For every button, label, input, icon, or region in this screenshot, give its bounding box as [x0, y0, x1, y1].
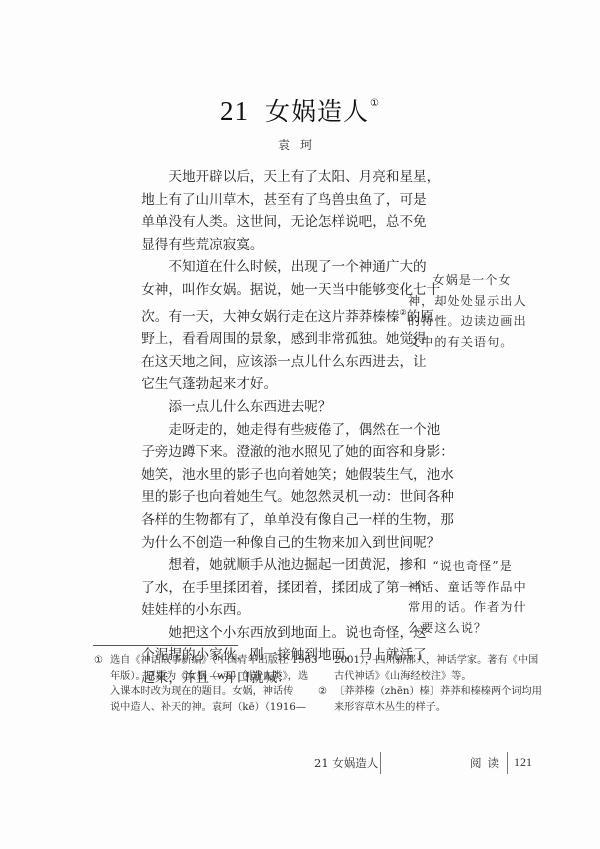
footnote-line: ①选自《神话故事新编》（中国青年出版社 1963: [94, 653, 309, 669]
footnote-line: 说中造人、补天的神。袁珂（kē）（1916—: [94, 700, 309, 716]
text-segment: 〔莽莽榛（zhēn）榛〕莽莽和榛榛两个词均用: [334, 686, 542, 697]
text-line: 走呀走的，她走得有些疲倦了，偶然在一个池: [114, 419, 402, 442]
text-line: 里的影子也向着她生气。她忽然灵机一动：世间各种: [114, 486, 402, 509]
note-line: 的特性。边读边画出: [408, 311, 520, 332]
text-line: 它生气蓬勃起来才好。: [114, 373, 402, 396]
paragraph: 想着，她就顺手从池边掘起一团黄泥，掺和 了水，在手里揉团着，揉团着，揉团成了第一…: [114, 554, 402, 622]
note-line: 神，却处处显示出人: [408, 291, 520, 312]
footnote-line: ②〔莽莽榛（zhēn）榛〕莽莽和榛榛两个词均用: [318, 684, 533, 700]
text-segment: 次。有一天，大神女娲行走在这片莽莽榛榛: [141, 309, 399, 325]
paragraph: 天地开辟以后，天上有了太阳、月亮和星星， 地上有了山川草木，甚至有了鸟兽虫鱼了，…: [114, 166, 402, 256]
lesson-number: 21: [220, 96, 249, 126]
text-line: 天地开辟以后，天上有了太阳、月亮和星星，: [114, 166, 402, 189]
text-line: 地上有了山川草木，甚至有了鸟兽虫鱼了，可是: [114, 189, 402, 212]
paragraph: 不知道在什么时候，出现了一个神通广大的 女神，叫作女娲。据说，她一天当中能够变化…: [114, 256, 402, 396]
text-line: 不知道在什么时候，出现了一个神通广大的: [114, 256, 402, 279]
text-line: 野上，看看周围的景象，感到非常孤独。她觉得: [114, 328, 402, 351]
text-line: 次。有一天，大神女娲行走在这片莽莽榛榛②的原: [114, 302, 402, 329]
footnote-mark-2-label: ②: [318, 684, 334, 700]
main-text: 天地开辟以后，天上有了太阳、月亮和星星， 地上有了山川草木，甚至有了鸟兽虫鱼了，…: [114, 166, 402, 690]
footer-section-label: 阅读: [470, 755, 505, 771]
text-line: 显得有些荒凉寂寞。: [114, 234, 402, 257]
note-line: 女娲是一个女: [408, 270, 520, 291]
text-line: 她把这个小东西放到地面上。说也奇怪，这: [114, 622, 402, 645]
lesson-title: 21女娲造人①: [0, 92, 600, 128]
text-line: 女神，叫作女娲。据说，她一天当中能够变化七十: [114, 279, 402, 302]
lesson-title-text: 女娲造人: [265, 97, 369, 126]
footnote-1: ①选自《神话故事新编》（中国青年出版社 1963 年版）。原题为《女娲（wā）创…: [94, 653, 309, 715]
text-segment: 选自《神话故事新编》（中国青年出版社 1963: [110, 655, 317, 666]
footnote-line: 入课本时改为现在的题目。女娲，神话传: [94, 684, 309, 700]
text-line: 了水，在手里揉团着，揉团着，揉团成了第一个: [114, 577, 402, 600]
footer-divider: [507, 752, 508, 774]
note-line: 常用的话。作者为什: [408, 597, 520, 618]
side-note-strange-phrase: “说也奇怪”是 神话、童话等作品中 常用的话。作者为什 么要这么说？: [408, 556, 520, 638]
text-line: 她笑，池水里的影子也向着她笑；她假装生气，池水: [114, 464, 402, 487]
footer-divider: [380, 752, 381, 774]
text-line: 子旁边蹲下来。澄澈的池水照见了她的面容和身影：: [114, 441, 402, 464]
footnote-1-continued-and-2: 2001），四川新都人，神话学家。著有《中国 古代神话》《山海经校注》等。 ②〔…: [318, 653, 533, 715]
note-line: 神话、童话等作品中: [408, 577, 520, 598]
footnote-mark-2[interactable]: ②: [399, 308, 406, 317]
footnote-line: 2001），四川新都人，神话学家。著有《中国: [318, 653, 533, 669]
footnote-line: 年版）。原题为《女娲（wā）创造人类》，选: [94, 669, 309, 685]
text-line: 想着，她就顺手从池边掘起一团黄泥，掺和: [114, 554, 402, 577]
text-line: 为什么不创造一种像自己的生物来加入到世间呢？: [114, 532, 402, 555]
text-line: 单单没有人类。这世间，无论怎样说吧，总不免: [114, 211, 402, 234]
paragraph: 走呀走的，她走得有些疲倦了，偶然在一个池 子旁边蹲下来。澄澈的池水照见了她的面容…: [114, 419, 402, 555]
footer-chapter-title: 21 女娲造人: [314, 755, 378, 771]
text-line: 添一点儿什么东西进去呢？: [114, 396, 402, 419]
title-footnote-mark[interactable]: ①: [370, 98, 380, 109]
page-footer: 21 女娲造人 阅读 121: [300, 752, 540, 776]
page-number: 121: [514, 755, 532, 770]
footnote-line: 古代神话》《山海经校注》等。: [318, 669, 533, 685]
author-name: 袁珂: [0, 136, 600, 153]
note-line: 文中的有关语句。: [408, 332, 520, 353]
footnote-line: 来形容草木丛生的样子。: [318, 700, 533, 716]
side-note-nuwa-traits: 女娲是一个女 神，却处处显示出人 的特性。边读边画出 文中的有关语句。: [408, 270, 520, 352]
paragraph: 添一点儿什么东西进去呢？: [114, 396, 402, 419]
text-line: 在这天地之间，应该添一点儿什么东西进去，让: [114, 351, 402, 374]
note-line: 么要这么说？: [408, 618, 520, 639]
footnote-divider: [93, 645, 238, 646]
text-line: 各样的生物都有了，单单没有像自己一样的生物，那: [114, 509, 402, 532]
text-line: 娃娃样的小东西。: [114, 599, 402, 622]
note-line: “说也奇怪”是: [408, 556, 520, 577]
footnote-mark-1: ①: [94, 653, 110, 669]
